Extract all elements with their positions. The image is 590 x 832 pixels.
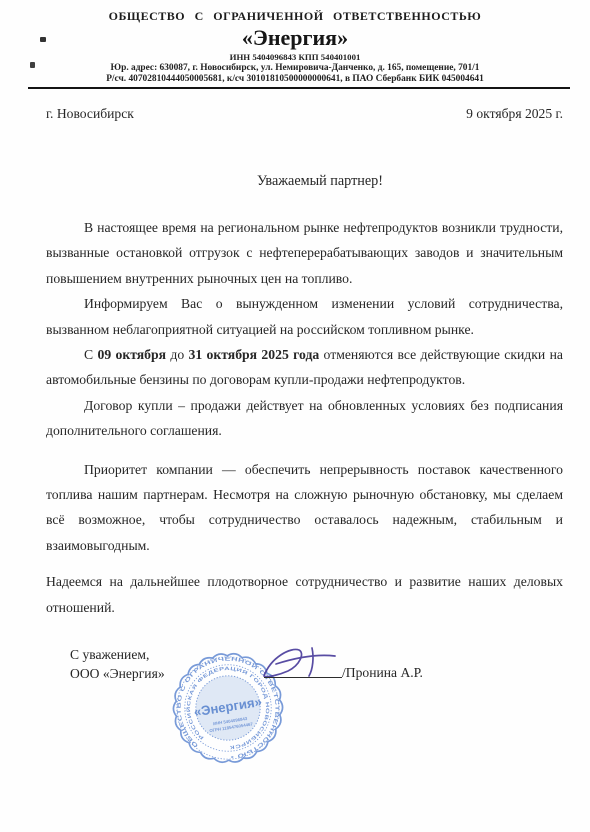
paragraph-market-difficulties: В настоящее время на региональном рынке … <box>46 215 563 291</box>
meta-row: г. Новосибирск 9 октября 2025 г. <box>46 106 563 122</box>
org-bank-details: Р/сч. 40702810444050005681, к/сч 3010181… <box>0 74 590 84</box>
org-type-line: ОБЩЕСТВО С ОГРАНИЧЕННОЙ ОТВЕТСТВЕННОСТЬЮ <box>0 9 590 24</box>
closing-regards: С уважением, <box>70 645 165 664</box>
org-address: Юр. адрес: 630087, г. Новосибирск, ул. Н… <box>0 63 590 73</box>
p3-prefix: С <box>84 347 97 362</box>
letter-date: 9 октября 2025 г. <box>466 106 563 122</box>
letter-page: ОБЩЕСТВО С ОГРАНИЧЕННОЙ ОТВЕТСТВЕННОСТЬЮ… <box>0 0 590 832</box>
org-inn-kpp: ИНН 5404096843 КПП 540401001 <box>0 52 590 62</box>
p3-mid: до <box>166 347 188 362</box>
paragraph-company-priority: Приоритет компании — обеспечить непрерыв… <box>46 457 563 559</box>
paragraph-contract-terms: Договор купли – продажи действует на обн… <box>46 393 563 444</box>
paragraph-inform-changes: Информируем Вас о вынужденном изменении … <box>46 291 563 342</box>
letter-body: В настоящее время на региональном рынке … <box>46 215 563 620</box>
letterhead-divider <box>28 87 570 89</box>
org-name: «Энергия» <box>0 25 590 51</box>
scan-artifact <box>40 37 46 42</box>
p3-date-end: 31 октября 2025 года <box>189 347 320 362</box>
letterhead: ОБЩЕСТВО С ОГРАНИЧЕННОЙ ОТВЕТСТВЕННОСТЬЮ… <box>0 0 590 89</box>
p3-date-start: 09 октября <box>97 347 166 362</box>
salutation: Уважаемый партнер! <box>0 173 590 190</box>
paragraph-discount-cancellation: С 09 октября до 31 октября 2025 года отм… <box>46 342 563 393</box>
signature-line <box>264 645 342 678</box>
closing-block: С уважением, ООО «Энергия» <box>70 645 165 683</box>
paragraph-cooperation-hope: Надеемся на дальнейшее плодотворное сотр… <box>46 569 563 620</box>
letter-city: г. Новосибирск <box>46 106 134 122</box>
signer-name: /Пронина А.Р. <box>342 665 423 681</box>
scan-artifact <box>30 62 35 68</box>
closing-company: ООО «Энергия» <box>70 664 165 683</box>
